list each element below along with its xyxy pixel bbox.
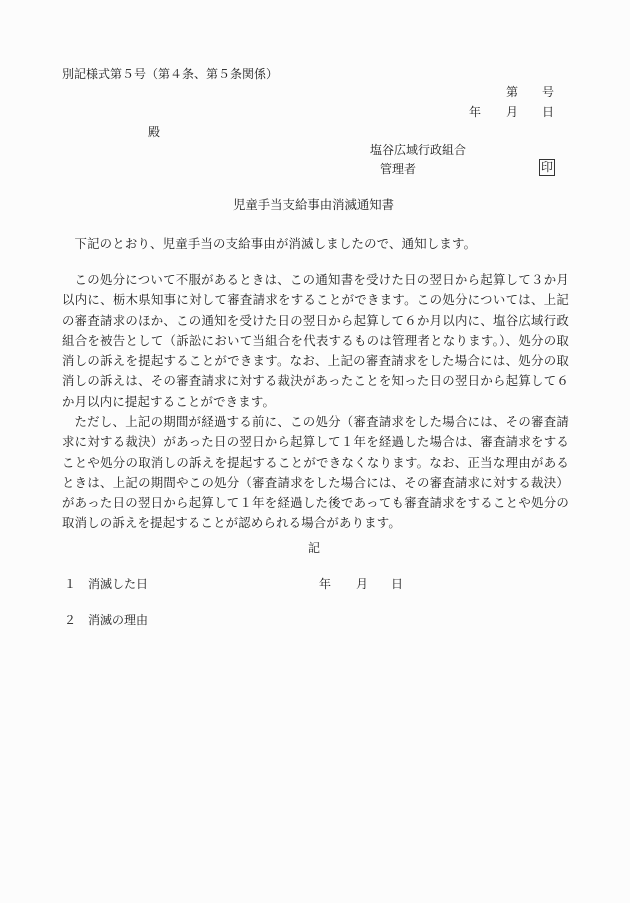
form-label: 別記様式第５号（第４条、第５条関係） — [62, 67, 278, 81]
item-1-number: １ — [64, 577, 76, 591]
document-title: 児童手当支給事由消滅通知書 — [233, 198, 394, 212]
addressee-suffix: 殿 — [148, 125, 160, 139]
date-year: 年 — [469, 105, 481, 119]
item-1-day: 日 — [391, 577, 403, 591]
seal-mark: 印 — [539, 159, 555, 176]
item-1-year: 年 — [319, 577, 331, 591]
sender-organization: 塩谷広域行政組合 — [370, 143, 466, 157]
sender-title: 管理者 — [380, 162, 416, 176]
item-1-label: 消滅した日 — [88, 577, 148, 591]
seal-icon: 印 — [539, 159, 555, 176]
number-prefix: 第 — [506, 85, 518, 99]
notice-paragraph-1: この処分について不服があるときは、この通知書を受けた日の翌日から起算して３か月以… — [62, 270, 569, 412]
date-day: 日 — [542, 105, 554, 119]
intro-paragraph: 下記のとおり、児童手当の支給事由が消滅しましたので、通知します。 — [62, 234, 569, 254]
item-1-month: 月 — [356, 577, 368, 591]
number-suffix: 号 — [542, 85, 554, 99]
notice-paragraph-2: ただし、上記の期間が経過する前に、この処分（審査請求をした場合には、その審査請求… — [62, 412, 569, 534]
date-month: 月 — [506, 105, 518, 119]
ki-heading: 記 — [308, 541, 320, 555]
item-2-label: 消滅の理由 — [88, 613, 148, 627]
item-2-number: ２ — [64, 613, 76, 627]
